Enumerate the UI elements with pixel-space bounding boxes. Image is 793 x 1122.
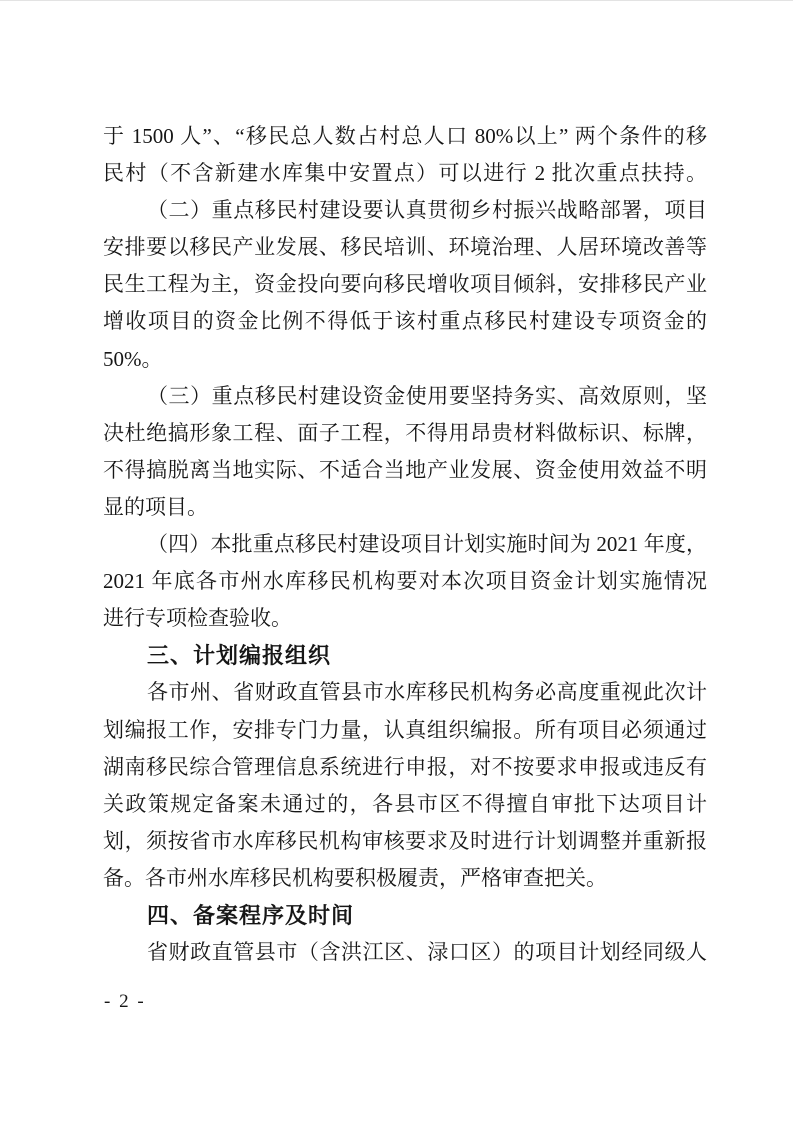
body-line: 划编报工作，安排专门力量，认真组织编报。所有项目必须通过 (103, 712, 707, 749)
body-line-para-start: 省财政直管县市（含洪江区、渌口区）的项目计划经同级人 (103, 934, 707, 971)
section-heading-3: 三、计划编报组织 (103, 637, 707, 674)
body-line: 不得搞脱离当地实际、不适合当地产业发展、资金使用效益不明 (103, 452, 707, 489)
body-line: 2021 年底各市州水库移民机构要对本次项目资金计划实施情况 (103, 563, 707, 600)
body-line-para-end: 50%。 (103, 341, 707, 378)
body-line: 划，须按省市水库移民机构审核要求及时进行计划调整并重新报 (103, 823, 707, 860)
body-line-para-start: （四）本批重点移民村建设项目计划实施时间为 2021 年度， (103, 526, 707, 563)
body-line-para-end: 备。各市州水库移民机构要积极履责，严格审查把关。 (103, 860, 707, 897)
body-line: 民村（不含新建水库集中安置点）可以进行 2 批次重点扶持。 (103, 155, 707, 192)
body-line-para-end: 进行专项检查验收。 (103, 600, 707, 637)
body-line: 民生工程为主，资金投向要向移民增收项目倾斜，安排移民产业 (103, 266, 707, 303)
section-heading-4: 四、备案程序及时间 (103, 897, 707, 934)
body-line: 于 1500 人”、“移民总人数占村总人口 80%以上” 两个条件的移 (103, 118, 707, 155)
body-line: 决杜绝搞形象工程、面子工程，不得用昂贵材料做标识、标牌， (103, 415, 707, 452)
body-line: 安排要以移民产业发展、移民培训、环境治理、人居环境改善等 (103, 229, 707, 266)
body-line-para-end: 显的项目。 (103, 489, 707, 526)
body-line: 关政策规定备案未通过的，各县市区不得擅自审批下达项目计 (103, 786, 707, 823)
body-line: 增收项目的资金比例不得低于该村重点移民村建设专项资金的 (103, 303, 707, 340)
page-number: - 2 - (104, 991, 146, 1013)
body-line-para-start: （二）重点移民村建设要认真贯彻乡村振兴战略部署，项目 (103, 192, 707, 229)
document-body: 于 1500 人”、“移民总人数占村总人口 80%以上” 两个条件的移 民村（不… (103, 118, 707, 971)
body-line-para-start: 各市州、省财政直管县市水库移民机构务必高度重视此次计 (103, 674, 707, 711)
document-page: 于 1500 人”、“移民总人数占村总人口 80%以上” 两个条件的移 民村（不… (0, 0, 793, 1122)
body-line: 湖南移民综合管理信息系统进行申报，对不按要求申报或违反有 (103, 749, 707, 786)
body-line-para-start: （三）重点移民村建设资金使用要坚持务实、高效原则，坚 (103, 378, 707, 415)
scan-edge-line (0, 0, 793, 1)
